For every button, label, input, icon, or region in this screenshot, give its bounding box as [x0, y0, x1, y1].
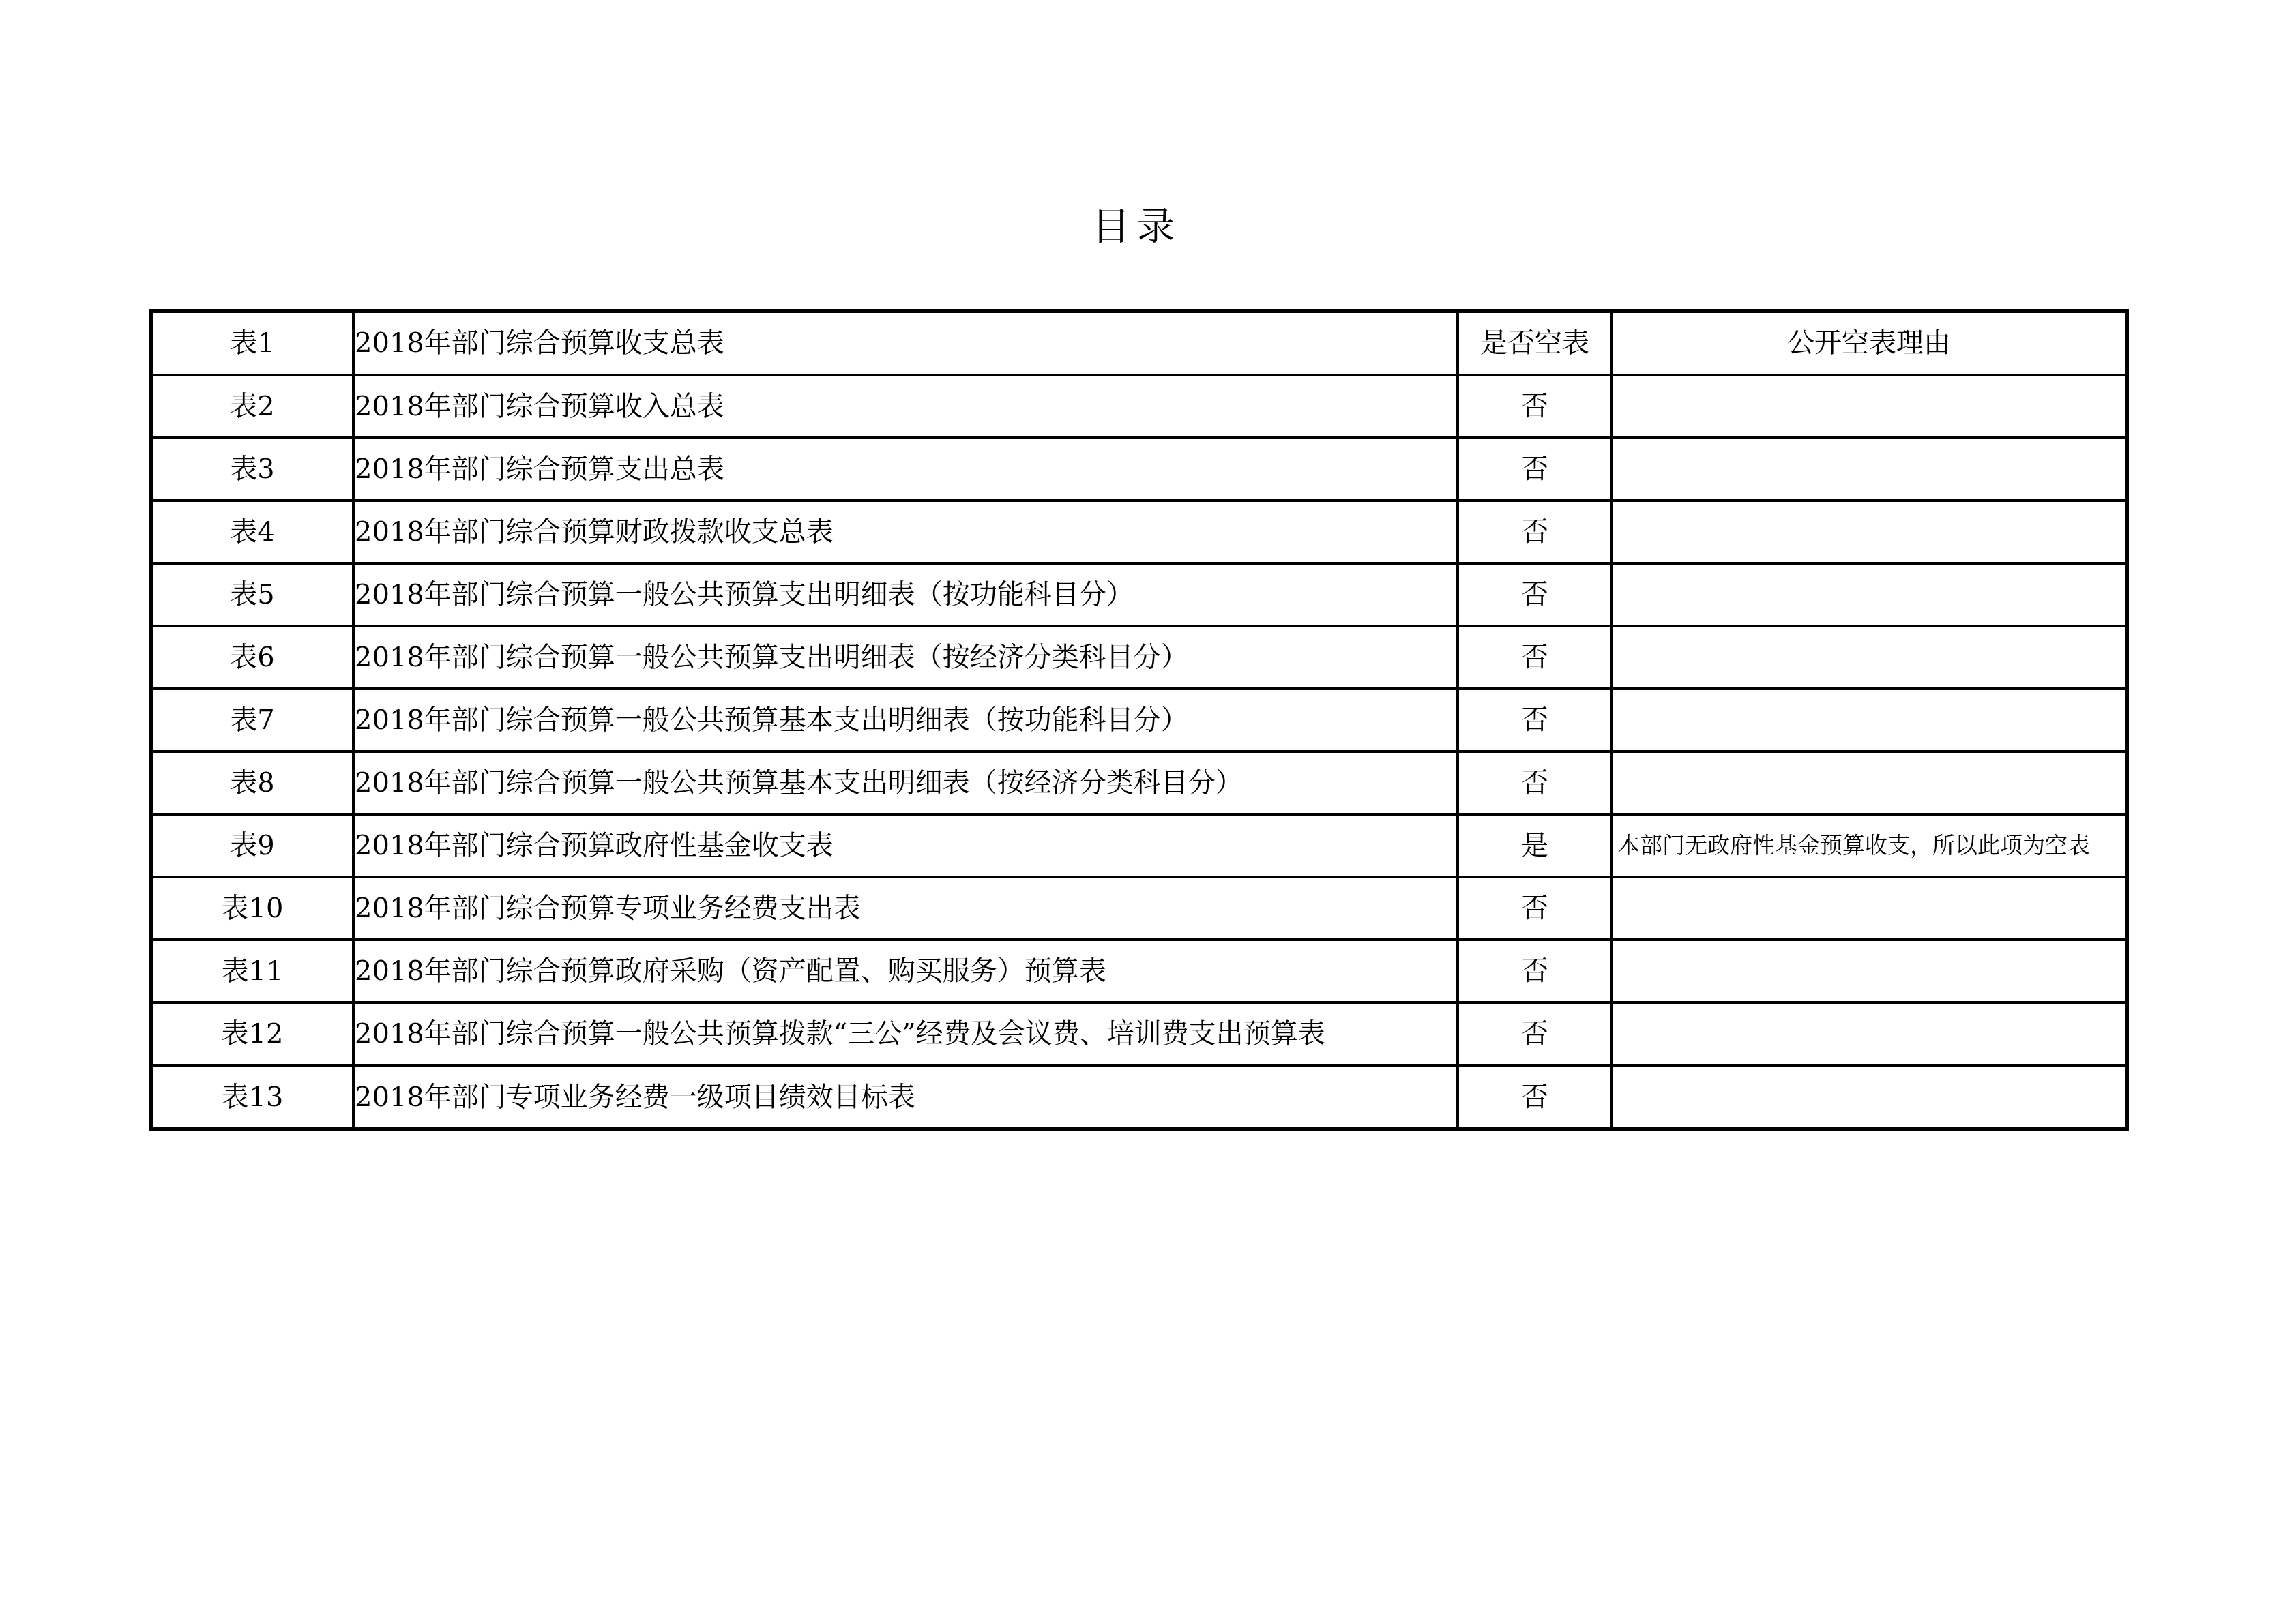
- reason-cell: [1612, 438, 2127, 501]
- empty-flag-cell: 否: [1458, 751, 1612, 814]
- reason-cell: [1612, 877, 2127, 940]
- reason-cell: 本部门无政府性基金预算收支，所以此项为空表: [1612, 814, 2127, 877]
- reason-cell: [1612, 501, 2127, 563]
- table-row: 表122018年部门综合预算一般公共预算拨款“三公”经费及会议费、培训费支出预算…: [151, 1002, 2127, 1065]
- reason-cell: [1612, 689, 2127, 751]
- row-number-cell: 表3: [151, 438, 353, 501]
- empty-flag-cell: 否: [1458, 501, 1612, 563]
- table-row: 表132018年部门专项业务经费一级项目绩效目标表否: [151, 1065, 2127, 1129]
- table-row: 表22018年部门综合预算收入总表否: [151, 375, 2127, 438]
- table-row: 表92018年部门综合预算政府性基金收支表是本部门无政府性基金预算收支，所以此项…: [151, 814, 2127, 877]
- row-number-cell: 表9: [151, 814, 353, 877]
- empty-flag-cell: 否: [1458, 375, 1612, 438]
- table-title-cell: 2018年部门综合预算一般公共预算基本支出明细表（按功能科目分）: [353, 689, 1458, 751]
- table-title-cell: 2018年部门综合预算政府性基金收支表: [353, 814, 1458, 877]
- table-title-cell: 2018年部门综合预算政府采购（资产配置、购买服务）预算表: [353, 940, 1458, 1002]
- row-number-cell: 表7: [151, 689, 353, 751]
- table-title-cell: 2018年部门综合预算一般公共预算支出明细表（按经济分类科目分）: [353, 626, 1458, 689]
- table-title-cell: 2018年部门综合预算一般公共预算基本支出明细表（按经济分类科目分）: [353, 751, 1458, 814]
- table-row: 表12018年部门综合预算收支总表是否空表公开空表理由: [151, 311, 2127, 375]
- toc-table: 表12018年部门综合预算收支总表是否空表公开空表理由表22018年部门综合预算…: [149, 309, 2129, 1131]
- table-row: 表72018年部门综合预算一般公共预算基本支出明细表（按功能科目分）否: [151, 689, 2127, 751]
- empty-flag-cell: 否: [1458, 438, 1612, 501]
- row-number-cell: 表4: [151, 501, 353, 563]
- table-row: 表112018年部门综合预算政府采购（资产配置、购买服务）预算表否: [151, 940, 2127, 1002]
- empty-flag-cell: 否: [1458, 877, 1612, 940]
- table-row: 表102018年部门综合预算专项业务经费支出表否: [151, 877, 2127, 940]
- table-row: 表82018年部门综合预算一般公共预算基本支出明细表（按经济分类科目分）否: [151, 751, 2127, 814]
- row-number-cell: 表13: [151, 1065, 353, 1129]
- toc-table-body: 表12018年部门综合预算收支总表是否空表公开空表理由表22018年部门综合预算…: [151, 311, 2127, 1129]
- table-row: 表52018年部门综合预算一般公共预算支出明细表（按功能科目分）否: [151, 563, 2127, 626]
- table-row: 表32018年部门综合预算支出总表否: [151, 438, 2127, 501]
- row-number-cell: 表12: [151, 1002, 353, 1065]
- row-number-cell: 表11: [151, 940, 353, 1002]
- reason-cell: [1612, 940, 2127, 1002]
- table-title-cell: 2018年部门专项业务经费一级项目绩效目标表: [353, 1065, 1458, 1129]
- row-number-cell: 表8: [151, 751, 353, 814]
- row-number-cell: 表10: [151, 877, 353, 940]
- row-number-cell: 表5: [151, 563, 353, 626]
- table-title-cell: 2018年部门综合预算专项业务经费支出表: [353, 877, 1458, 940]
- empty-flag-cell: 否: [1458, 626, 1612, 689]
- table-title-cell: 2018年部门综合预算一般公共预算拨款“三公”经费及会议费、培训费支出预算表: [353, 1002, 1458, 1065]
- empty-flag-cell: 否: [1458, 1002, 1612, 1065]
- row-number-cell: 表1: [151, 311, 353, 375]
- table-title-cell: 2018年部门综合预算收支总表: [353, 311, 1458, 375]
- table-title-cell: 2018年部门综合预算收入总表: [353, 375, 1458, 438]
- empty-flag-cell: 是: [1458, 814, 1612, 877]
- reason-cell: [1612, 1002, 2127, 1065]
- empty-flag-column-header: 是否空表: [1458, 311, 1612, 375]
- empty-flag-cell: 否: [1458, 1065, 1612, 1129]
- table-title-cell: 2018年部门综合预算财政拨款收支总表: [353, 501, 1458, 563]
- empty-flag-cell: 否: [1458, 689, 1612, 751]
- row-number-cell: 表2: [151, 375, 353, 438]
- reason-column-header: 公开空表理由: [1612, 311, 2127, 375]
- row-number-cell: 表6: [151, 626, 353, 689]
- reason-cell: [1612, 751, 2127, 814]
- table-row: 表42018年部门综合预算财政拨款收支总表否: [151, 501, 2127, 563]
- empty-flag-cell: 否: [1458, 940, 1612, 1002]
- reason-cell: [1612, 375, 2127, 438]
- page-title: 目录: [149, 196, 2125, 251]
- table-row: 表62018年部门综合预算一般公共预算支出明细表（按经济分类科目分）否: [151, 626, 2127, 689]
- table-title-cell: 2018年部门综合预算一般公共预算支出明细表（按功能科目分）: [353, 563, 1458, 626]
- table-title-cell: 2018年部门综合预算支出总表: [353, 438, 1458, 501]
- reason-cell: [1612, 563, 2127, 626]
- reason-cell: [1612, 626, 2127, 689]
- reason-cell: [1612, 1065, 2127, 1129]
- empty-flag-cell: 否: [1458, 563, 1612, 626]
